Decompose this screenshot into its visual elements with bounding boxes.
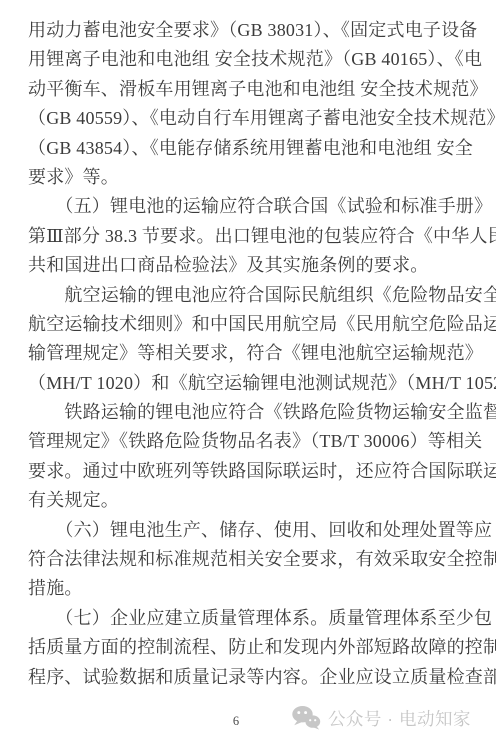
text-line: 括质量方面的控制流程、防止和发现内外部短路故障的控制 (28, 633, 468, 662)
watermark: 公众号 · 电动知家 (291, 705, 471, 731)
text-line: （MH/T 1020）和《航空运输锂电池测试规范》（MH/T 1052）。 (28, 369, 468, 398)
text-line: 第Ⅲ部分 38.3 节要求。出口锂电池的包装应符合《中华人民 (28, 222, 468, 251)
text-line: 动平衡车、滑板车用锂离子电池和电池组 安全技术规范》 (28, 75, 468, 104)
text-line: （六）锂电池生产、储存、使用、回收和处理处置等应 (28, 516, 468, 545)
text-line: 符合法律法规和标准规范相关安全要求，有效采取安全控制 (28, 545, 468, 574)
text-line: 共和国进出口商品检验法》及其实施条例的要求。 (28, 251, 468, 280)
text-line: 有关规定。 (28, 486, 468, 515)
text-line: （GB 40559）、《电动自行车用锂离子蓄电池安全技术规范》 (28, 104, 468, 133)
text-line: 措施。 (28, 574, 468, 603)
text-line: 要求。通过中欧班列等铁路国际联运时，还应符合国际联运 (28, 457, 468, 486)
text-line: 航空运输的锂电池应符合国际民航组织《危险物品安全 (28, 281, 468, 310)
text-line: （GB 43854）、《电能存储系统用锂蓄电池和电池组 安全 (28, 134, 468, 163)
watermark-label: 公众号 · 电动知家 (328, 706, 471, 731)
text-line: 管理规定》《铁路危险货物品名表》（TB/T 30006）等相关 (28, 427, 468, 456)
text-line: 航空运输技术细则》和中国民用航空局《民用航空危险品运 (28, 310, 468, 339)
text-line: （七）企业应建立质量管理体系。质量管理体系至少包 (28, 604, 468, 633)
text-line: 要求》等。 (28, 163, 468, 192)
text-line: （五）锂电池的运输应符合联合国《试验和标准手册》 (28, 192, 468, 221)
text-line: 铁路运输的锂电池应符合《铁路危险货物运输安全监督 (28, 398, 468, 427)
document-page: 用动力蓄电池安全要求》（GB 38031）、《固定式电子设备用锂离子电池和电池组… (0, 0, 496, 738)
text-line: 用动力蓄电池安全要求》（GB 38031）、《固定式电子设备 (28, 16, 468, 45)
text-line: 用锂离子电池和电池组 安全技术规范》（GB 40165）、《电 (28, 45, 468, 74)
document-body: 用动力蓄电池安全要求》（GB 38031）、《固定式电子设备用锂离子电池和电池组… (28, 16, 468, 692)
text-line: 输管理规定》等相关要求，符合《锂电池航空运输规范》 (28, 339, 468, 368)
text-line: 程序、试验数据和质量记录等内容。企业应设立质量检查部 (28, 663, 468, 692)
wechat-icon (291, 705, 321, 731)
